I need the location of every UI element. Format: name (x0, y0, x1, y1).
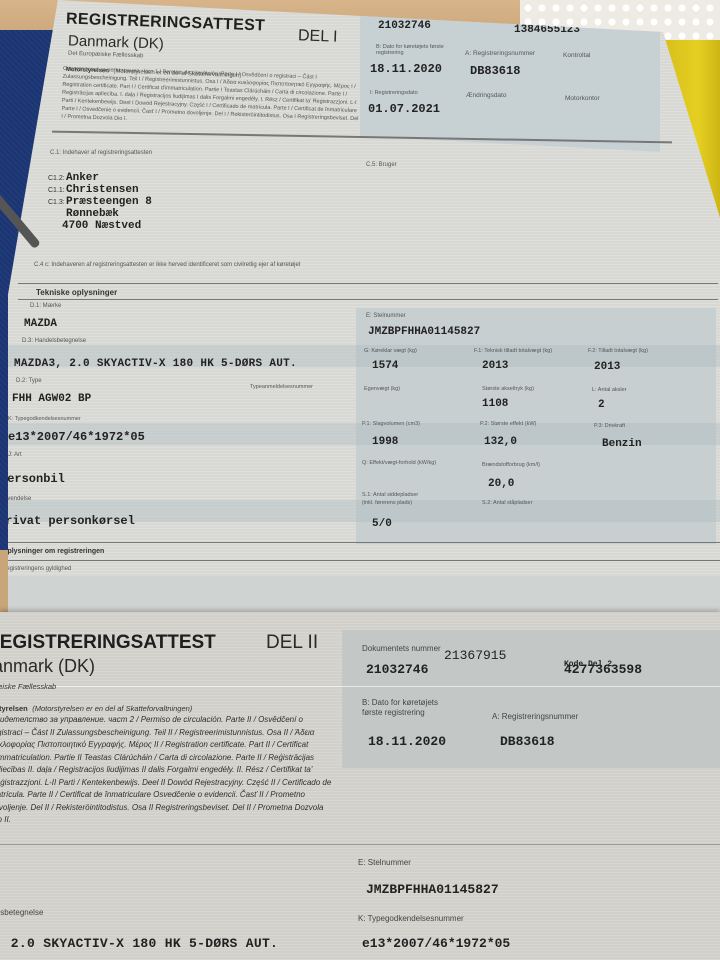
vehicle-kind-value: Personbil (0, 472, 65, 486)
divider (0, 844, 720, 845)
axles-value: 2 (598, 399, 605, 411)
divider (18, 283, 718, 284)
document-title: REGISTRERINGSATTEST (0, 632, 216, 654)
country-name: Danmark (DK) (0, 656, 95, 677)
seats-label-note: (inkl. førerens plads) (362, 500, 412, 506)
vin-label: E: Stelnummer (366, 313, 406, 319)
doc-number-top: 21367915 (444, 648, 506, 663)
type-value: FHH AGW02 BP (12, 393, 91, 405)
doc-number: 21032746 (366, 662, 428, 677)
doc-number: 21032746 (378, 20, 431, 32)
max-axle-load-value: 1108 (482, 398, 508, 410)
make-value: MAZDA (24, 318, 57, 330)
fuel-type-label: P.3: Drivkraft (594, 423, 625, 429)
fuel-consumption-label: Brændstofforbrug (km/l) (482, 462, 540, 468)
document-title: REGISTRERINGSATTEST (66, 11, 266, 36)
multilingual-title: Свидетелство за регистрация, част 1 / Pe… (61, 65, 363, 131)
vehicle-kind-label: J: Art (8, 452, 22, 458)
first-registration-date: 18.11.2020 (370, 62, 442, 76)
registration-date-label: I: Registreringsdato (370, 90, 418, 96)
seats-label: S.1: Antal siddepladser (362, 492, 418, 498)
trade-name-value: MAZDA3, 2.0 SKYACTIV-X 180 HK 5-DØRS AUT… (0, 936, 278, 951)
holder-ownership-note: C.4 c: Indehaveren af registreringsattes… (34, 262, 300, 268)
kerb-weight-value: 1574 (372, 360, 398, 372)
part-label: DEL I (298, 27, 338, 46)
standing-places-label: S.2: Antal ståpladser (482, 500, 532, 506)
registration-validity-label: Registreringens gyldighed (2, 566, 71, 572)
divider (18, 299, 718, 300)
motor-office-label: Motorkontor (565, 95, 600, 102)
holder-address: C1.2:Anker C1.1:Christensen C1.3:Præstee… (48, 172, 152, 232)
own-weight-label: Egenvægt (kg) (364, 386, 400, 392)
registration-number-label: A: Registreringsnummer (465, 50, 535, 57)
first-registration-date: 18.11.2020 (368, 734, 446, 749)
registration-date: 01.07.2021 (368, 102, 440, 116)
type-approval-value: e13*2007/46*1972*05 (8, 430, 145, 444)
country-name: Danmark (DK) (68, 32, 164, 52)
type-approval-label: K: Typegodkendelsesnummer (8, 416, 81, 422)
technical-section-heading: Tekniske oplysninger (36, 288, 117, 297)
kerb-weight-label: G: Køreklar vægt (kg) (364, 348, 417, 354)
seats-value: 5/0 (372, 518, 392, 530)
max-axle-load-label: Største akseltryk (kg) (482, 386, 534, 392)
displacement-value: 1998 (372, 436, 398, 448)
vin-label: E: Stelnummer (358, 858, 411, 867)
multilingual-title: Свидетелство за управление. част 2 / Per… (0, 714, 335, 827)
trade-name-value: MAZDA3, 2.0 SKYACTIV-X 180 HK 5-DØRS AUT… (14, 358, 297, 370)
registration-number-label: A: Registreringsnummer (492, 712, 578, 721)
registration-certificate-part-2: REGISTRERINGSATTEST DEL II Danmark (DK) … (0, 612, 720, 960)
type-notification-label: Typeanmeldelsesnummer (250, 384, 313, 390)
first-registration-label: B: Dato for køretøjets (362, 698, 438, 707)
first-registration-label: B: Dato for køretøjets første registreri… (376, 44, 446, 56)
make-label: D.1: Mærke (30, 303, 61, 309)
validity-panel (8, 576, 720, 610)
fuel-type-value: Benzin (602, 438, 642, 450)
registration-number: DB83618 (500, 734, 555, 749)
technical-max-weight-label: F.1: Teknisk tilladt totalvægt (kg) (474, 348, 552, 354)
holder-label: C.1: Indehaver af registreringsattesten (50, 150, 152, 156)
vin-value: JMZBPFHHA01145827 (366, 882, 499, 897)
displacement-label: P.1: Slagvolumen (cm3) (362, 421, 420, 427)
power-weight-ratio-label: Q: Effekt/vægt-forhold (kW/kg) (362, 460, 436, 466)
user-label: C.5: Bruger (366, 162, 397, 168)
fuel-consumption-value: 20,0 (488, 478, 514, 490)
max-power-label: P.2: Største effekt (kW) (480, 421, 536, 427)
type-approval-value: e13*2007/46*1972*05 (362, 936, 510, 951)
doc-number-label: Dokumentets nummer (362, 644, 441, 653)
usage-value: Privat personkørsel (0, 514, 135, 528)
part-label: DEL II (266, 632, 318, 654)
trade-name-label: D.3: Handelsbetegnelse (22, 338, 86, 344)
divider (8, 542, 720, 543)
registration-number: DB83618 (470, 64, 520, 78)
control-number-label: Kontroltal (563, 52, 590, 59)
first-registration-label-2: første registrering (362, 708, 425, 717)
permitted-max-weight-label: F.2: Tilladt totalvægt (kg) (588, 348, 648, 354)
code-value: 4277363598 (564, 662, 642, 677)
change-date-label: Ændringsdato (466, 92, 506, 99)
permitted-max-weight-value: 2013 (594, 361, 620, 373)
eu-label: Det Europæiske Fællesskab (0, 682, 56, 691)
divider (8, 560, 720, 561)
type-approval-label: K: Typegodkendelsesnummer (358, 914, 464, 923)
axles-label: L: Antal aksler (592, 387, 627, 393)
registration-certificate-part-1: REGISTRERINGSATTEST DEL I Danmark (DK) D… (8, 0, 720, 640)
max-power-value: 132,0 (484, 436, 517, 448)
registration-section-heading: Oplysninger om registreringen (2, 548, 104, 555)
type-label: D.2: Type (16, 378, 42, 384)
trade-name-label: D.3: Handelsbetegnelse (0, 908, 43, 917)
vin-value: JMZBPFHHA01145827 (368, 326, 480, 338)
technical-max-weight-value: 2013 (482, 360, 508, 372)
